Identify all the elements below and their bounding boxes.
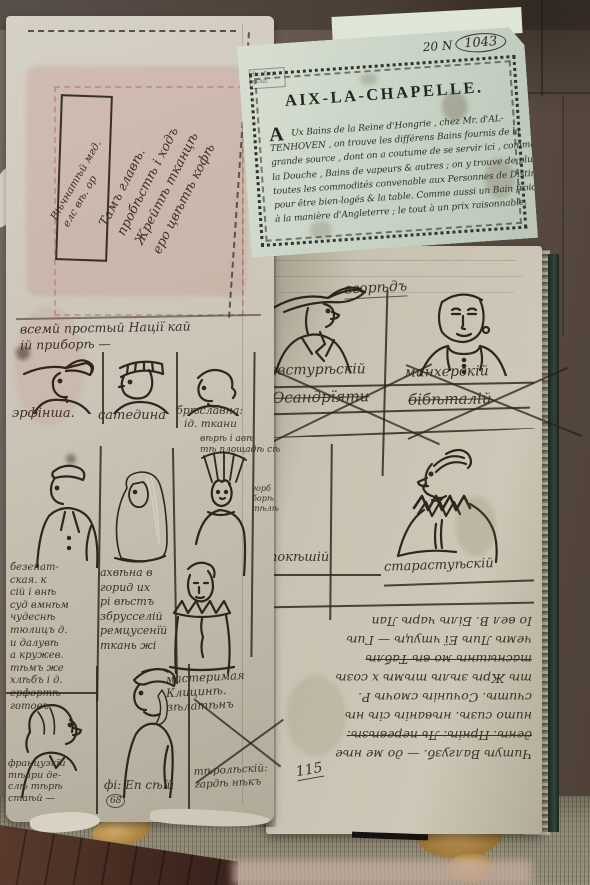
text-line: слѣ тѣрѣ [8,781,66,793]
text-line: суд вмнѣм [10,600,69,613]
row1-caption-1: эрфінша. [12,406,75,421]
card-body-text: Ux Bains de la Reine d'Hongrie , chez Mr… [269,112,511,228]
text-line: всемй простый Нації кай [20,319,191,338]
sketch-feathered-hat-man [268,282,368,374]
cell4-caption: старастуѣскій [384,556,494,575]
left-page: Вѣчнатѣй мгд.елс вѣ. ор Тамъ главѣ.пробѣ… [6,16,274,822]
drawn-box: Вѣчнатѣй мгд.елс вѣ. ор [55,94,113,262]
floor-light-blur [232,860,532,885]
cell-divider [329,444,333,620]
bottom-number: 115 [295,760,324,781]
text-line: тѣ площадѣ сѣ [200,445,280,456]
text-line: а кружев. [10,650,69,663]
text-line: безенат- [10,562,69,575]
text-line: хлѣбъ і д. [10,675,69,688]
rule-line [384,579,534,586]
text-line: Іо вел В. Білѣ чарѣ Лап [270,612,532,631]
row3-left-caption: французкїйтѣари де-слѣ тѣрѣстаѣй — [8,758,66,804]
text-line: французкїй [8,758,66,770]
background-seam-vertical [541,0,543,96]
page-stain [456,496,496,556]
cell3-caption: покѣшій [269,550,329,565]
sketch-headband-person [106,352,176,414]
row2-side-note: горбборѣтѣлѣ [252,484,279,514]
text-line: и далувѣ [10,638,69,651]
text-line: ская. к [10,575,69,588]
book-cover-edge [548,254,559,832]
dashed-line-top [28,30,236,32]
text-line: тѣари де- [8,770,66,782]
ruled-line [272,276,522,277]
crease-line [242,24,243,804]
rule-line [268,407,530,416]
rule-line-curved [266,427,536,438]
page-stain [286,676,346,756]
text-line: тѣлѣ [252,504,279,514]
text-line: стаѣй — [8,793,66,805]
text-line: горб [252,484,279,494]
text-line: вѣрѣ і авѣ [200,434,280,445]
page-number: 68 [106,794,125,808]
row1-caption-3a: брѣславна: [176,404,243,417]
sketch-cap-coat-man [25,460,109,568]
cell2-crossed-caption: бібѣталій [408,389,492,408]
text-line: тюлицъ д. [10,625,69,638]
row1-caption-2: сатедина [98,408,166,423]
grid-divider [96,666,98,814]
row2-right-note: вѣрѣ і авѣтѣ площадѣ сѣ [200,434,280,456]
row3-mid-caption: фі: Еп сѣїй [104,778,174,792]
text-line: чемѣ Лиѣ Еї чтуцѣ — Гиѣ [270,631,532,650]
text-line: борѣ [252,494,279,504]
grid-divider [188,664,190,820]
text-line: тѣмъ же [10,663,69,676]
right-page: вгорѣдъ [266,246,542,834]
page-stain [66,454,76,464]
row2-left-caption: безенат-ская. ксій і внѣсуд вмнѣмчудеснѣ… [10,562,69,713]
background-seam-horizontal [520,92,590,94]
rule-line [266,602,534,609]
cell1-caption: австурѣскій [269,361,366,379]
photo-of-manuscript: вгорѣдъ [0,0,590,885]
sketch-cocked-cap-man [20,354,108,414]
sketch-veiled-woman [103,462,177,564]
cell1-crossed-caption: Осандрїяти [272,387,370,407]
text-line: гардѣ нѣкъ [194,775,269,792]
printed-card: 20 N 1043 Вс. Бер.усад. AIX-LA-CHAPELLE.… [237,26,538,258]
card-inventory-number: 1043 [455,31,507,54]
row1-caption-3b: ід. ткани [184,418,237,430]
section-header-note: всемй простый Нації кайій приборѣ — [20,319,191,354]
text-line: сій і внѣ [10,587,69,600]
text-line: чудеснѣ [10,612,69,625]
card-inventory-prefix: 20 N [422,38,452,54]
page-stain [16,346,30,360]
rule-line [266,574,381,576]
background-seam-vertical-2 [562,96,564,336]
text-line: таснышнѣ мо вѣ Таблѣ [270,650,532,669]
rule-line [6,692,96,694]
sketch-round-face-man [412,284,512,376]
row3-right-caption: тѣролѣскій:гардѣ нѣкъ [193,762,268,792]
ruled-line [276,260,516,261]
cell2-caption: минхерскій [404,363,489,380]
text-line: ій приборѣ — [20,335,191,354]
